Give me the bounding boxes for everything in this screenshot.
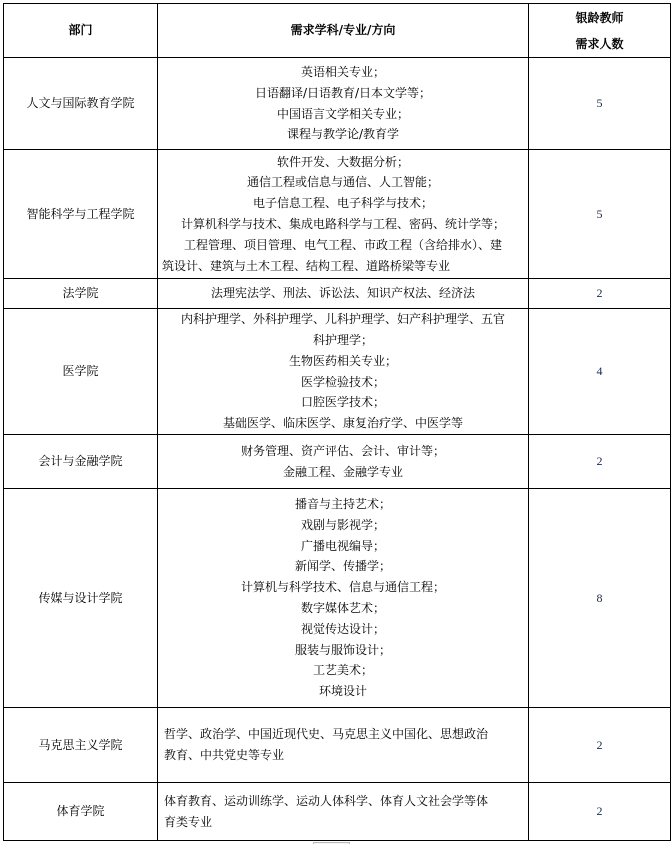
count-cell: 2 (529, 279, 671, 309)
count-cell: 8 (529, 489, 671, 708)
header-count-line2: 需求人数 (533, 31, 666, 57)
subject-line: 医学检验技术； (162, 372, 524, 393)
department-cell: 会计与金融学院 (4, 435, 158, 489)
subject-line: 金融工程、金融学专业 (162, 462, 524, 483)
subject-line: 播音与主持艺术； (162, 494, 524, 515)
subject-line: 日语翻译/日语教育/日本文学等； (162, 83, 524, 104)
subject-line: 中国语言文学相关专业； (162, 104, 524, 125)
subject-line: 新闻学、传播学； (162, 556, 524, 577)
subject-line: 英语相关专业； (162, 62, 524, 83)
header-subjects: 需求学科/专业/方向 (158, 4, 529, 58)
subject-line: 通信工程或信息与通信、人工智能； (162, 172, 524, 193)
subject-line: 口腔医学技术； (162, 392, 524, 413)
count-cell: 2 (529, 435, 671, 489)
subjects-cell: 英语相关专业； 日语翻译/日语教育/日本文学等； 中国语言文学相关专业； 课程与… (158, 58, 529, 150)
subject-line: 教育、中共党史等专业 (164, 745, 524, 766)
subject-line: 法理宪法学、刑法、诉讼法、知识产权法、经济法 (162, 283, 524, 304)
subject-line: 生物医药相关专业； (162, 351, 524, 372)
department-cell: 传媒与设计学院 (4, 489, 158, 708)
subject-line: 软件开发、大数据分析； (162, 152, 524, 173)
table-header-row: 部门 需求学科/专业/方向 银龄教师 需求人数 (4, 4, 671, 58)
table-row: 马克思主义学院 哲学、政治学、中国近现代史、马克思主义中国化、思想政治 教育、中… (4, 708, 671, 783)
subject-line: 体育教育、运动训练学、运动人体科学、体育人文社会学等体 (164, 791, 524, 812)
subject-line: 育类专业 (164, 812, 524, 833)
subject-line: 视觉传达设计； (162, 619, 524, 640)
subject-line: 基础医学、临床医学、康复治疗学、中医学等 (162, 413, 524, 434)
table-row: 传媒与设计学院 播音与主持艺术； 戏剧与影视学； 广播电视编导； 新闻学、传播学… (4, 489, 671, 708)
subject-line: 财务管理、资产评估、会计、审计等； (162, 441, 524, 462)
subjects-cell: 法理宪法学、刑法、诉讼法、知识产权法、经济法 (158, 279, 529, 309)
count-cell: 5 (529, 150, 671, 279)
count-cell: 5 (529, 58, 671, 150)
subject-line: 计算机科学与技术、集成电路科学与工程、密码、统计学等； (162, 214, 524, 235)
subject-line: 广播电视编导； (162, 536, 524, 557)
subject-line: 工程管理、项目管理、电气工程、市政工程（含给排水）、建 (162, 235, 524, 256)
subject-line: 工艺美术； (162, 660, 524, 681)
table-row: 人文与国际教育学院 英语相关专业； 日语翻译/日语教育/日本文学等； 中国语言文… (4, 58, 671, 150)
subject-line: 筑设计、建筑与土木工程、结构工程、道路桥梁等专业 (162, 256, 524, 277)
subject-line: 数字媒体艺术； (162, 598, 524, 619)
subject-line: 服装与服饰设计； (162, 640, 524, 661)
subjects-cell: 体育教育、运动训练学、运动人体科学、体育人文社会学等体 育类专业 (158, 783, 529, 841)
department-cell: 体育学院 (4, 783, 158, 841)
recruitment-table: 部门 需求学科/专业/方向 银龄教师 需求人数 人文与国际教育学院 英语相关专业… (3, 3, 671, 841)
header-count: 银龄教师 需求人数 (529, 4, 671, 58)
count-cell: 2 (529, 783, 671, 841)
table-row: 智能科学与工程学院 软件开发、大数据分析； 通信工程或信息与通信、人工智能； 电… (4, 150, 671, 279)
subject-line: 课程与教学论/教育学 (162, 124, 524, 145)
table-row: 法学院 法理宪法学、刑法、诉讼法、知识产权法、经济法 2 (4, 279, 671, 309)
subject-line: 科护理学； (162, 330, 524, 351)
subjects-cell: 财务管理、资产评估、会计、审计等； 金融工程、金融学专业 (158, 435, 529, 489)
department-cell: 法学院 (4, 279, 158, 309)
count-cell: 4 (529, 309, 671, 435)
subject-line: 电子信息工程、电子科学与技术； (162, 193, 524, 214)
subjects-cell: 内科护理学、外科护理学、儿科护理学、妇产科护理学、五官 科护理学； 生物医药相关… (158, 309, 529, 435)
subjects-cell: 软件开发、大数据分析； 通信工程或信息与通信、人工智能； 电子信息工程、电子科学… (158, 150, 529, 279)
table-row: 会计与金融学院 财务管理、资产评估、会计、审计等； 金融工程、金融学专业 2 (4, 435, 671, 489)
department-cell: 人文与国际教育学院 (4, 58, 158, 150)
subjects-cell: 哲学、政治学、中国近现代史、马克思主义中国化、思想政治 教育、中共党史等专业 (158, 708, 529, 783)
subjects-cell: 播音与主持艺术； 戏剧与影视学； 广播电视编导； 新闻学、传播学； 计算机与科学… (158, 489, 529, 708)
subject-line: 内科护理学、外科护理学、儿科护理学、妇产科护理学、五官 (162, 309, 524, 330)
header-department: 部门 (4, 4, 158, 58)
department-cell: 智能科学与工程学院 (4, 150, 158, 279)
subject-line: 环境设计 (162, 681, 524, 702)
department-cell: 医学院 (4, 309, 158, 435)
table-row: 医学院 内科护理学、外科护理学、儿科护理学、妇产科护理学、五官 科护理学； 生物… (4, 309, 671, 435)
count-cell: 2 (529, 708, 671, 783)
header-count-line1: 银龄教师 (533, 5, 666, 31)
subject-line: 戏剧与影视学； (162, 515, 524, 536)
subject-line: 哲学、政治学、中国近现代史、马克思主义中国化、思想政治 (164, 724, 524, 745)
department-cell: 马克思主义学院 (4, 708, 158, 783)
table-row: 体育学院 体育教育、运动训练学、运动人体科学、体育人文社会学等体 育类专业 2 (4, 783, 671, 841)
subject-line: 计算机与科学技术、信息与通信工程； (162, 577, 524, 598)
